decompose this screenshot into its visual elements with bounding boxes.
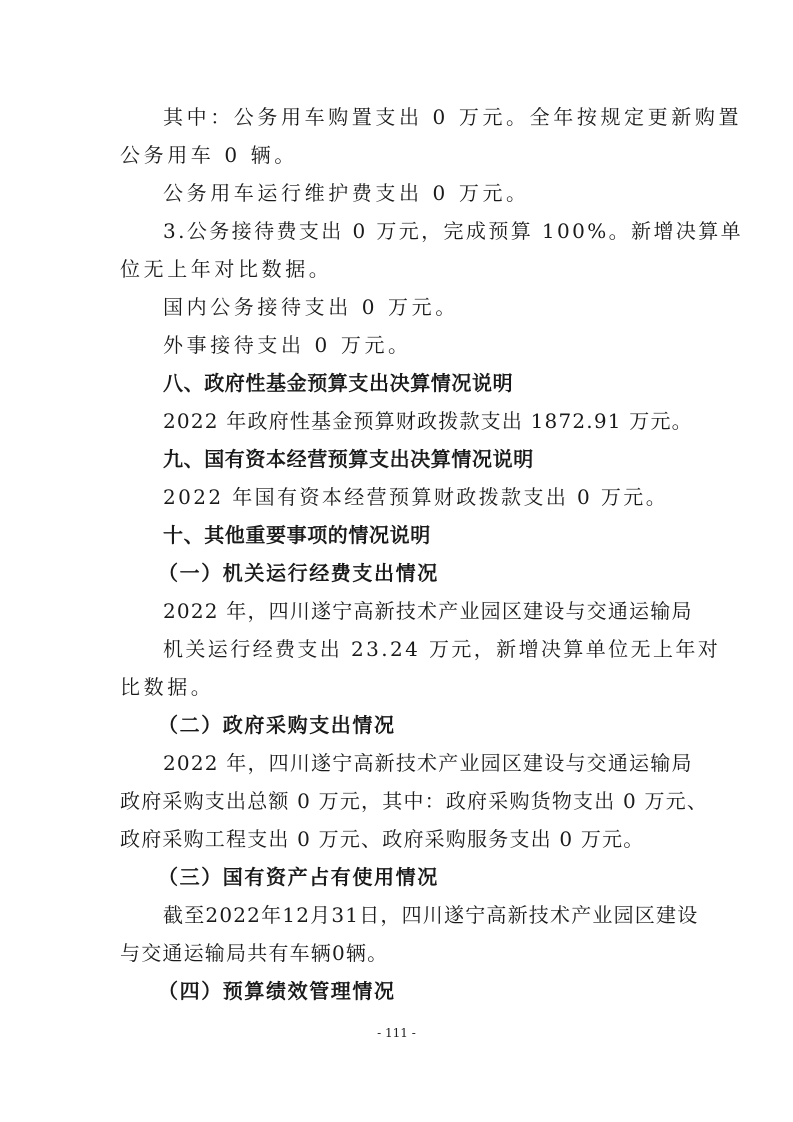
body-text-line: 2022 年，四川遂宁高新技术产业园区建设与交通运输局 <box>163 596 680 626</box>
body-text-line: 国内公务接待支出 0 万元。 <box>163 292 680 322</box>
body-text-line: 2022 年政府性基金预算财政拨款支出 1872.91 万元。 <box>163 406 680 436</box>
body-text-line: 2022 年，四川遂宁高新技术产业园区建设与交通运输局 <box>163 748 680 778</box>
body-text-line: 公务用车 0 辆。 <box>120 140 680 170</box>
body-text-line: 政府采购支出总额 0 万元，其中：政府采购货物支出 0 万元、 <box>120 786 680 816</box>
body-text-line: 位无上年对比数据。 <box>120 254 680 284</box>
body-text-line: 外事接待支出 0 万元。 <box>163 330 680 360</box>
subsection-heading-1: （一）机关运行经费支出情况 <box>158 558 718 588</box>
page-number: - 111 - <box>0 1026 793 1040</box>
subsection-heading-3: （三）国有资产占有使用情况 <box>158 862 718 892</box>
section-heading-8: 八、政府性基金预算支出决算情况说明 <box>163 368 680 398</box>
section-heading-10: 十、其他重要事项的情况说明 <box>163 520 680 550</box>
body-text-line: 公务用车运行维护费支出 0 万元。 <box>163 178 680 208</box>
body-text-line: 机关运行经费支出 23.24 万元，新增决算单位无上年对 <box>163 634 680 664</box>
document-page: 其中：公务用车购置支出 0 万元。全年按规定更新购置 公务用车 0 辆。 公务用… <box>0 0 793 1122</box>
body-text-line: 与交通运输局共有车辆0辆。 <box>120 938 680 968</box>
body-text-line: 比数据。 <box>120 672 680 702</box>
body-text-line: 其中：公务用车购置支出 0 万元。全年按规定更新购置 <box>163 102 680 132</box>
section-heading-9: 九、国有资本经营预算支出决算情况说明 <box>163 444 680 474</box>
body-text-line: 政府采购工程支出 0 万元、政府采购服务支出 0 万元。 <box>120 824 680 854</box>
subsection-heading-2: （二）政府采购支出情况 <box>158 710 718 740</box>
body-text-line: 截至2022年12月31日，四川遂宁高新技术产业园区建设 <box>163 900 680 930</box>
body-text-line: 3.公务接待费支出 0 万元，完成预算 100%。新增决算单 <box>163 216 680 246</box>
body-text-line: 2022 年国有资本经营预算财政拨款支出 0 万元。 <box>163 482 680 512</box>
subsection-heading-4: （四）预算绩效管理情况 <box>158 976 718 1006</box>
